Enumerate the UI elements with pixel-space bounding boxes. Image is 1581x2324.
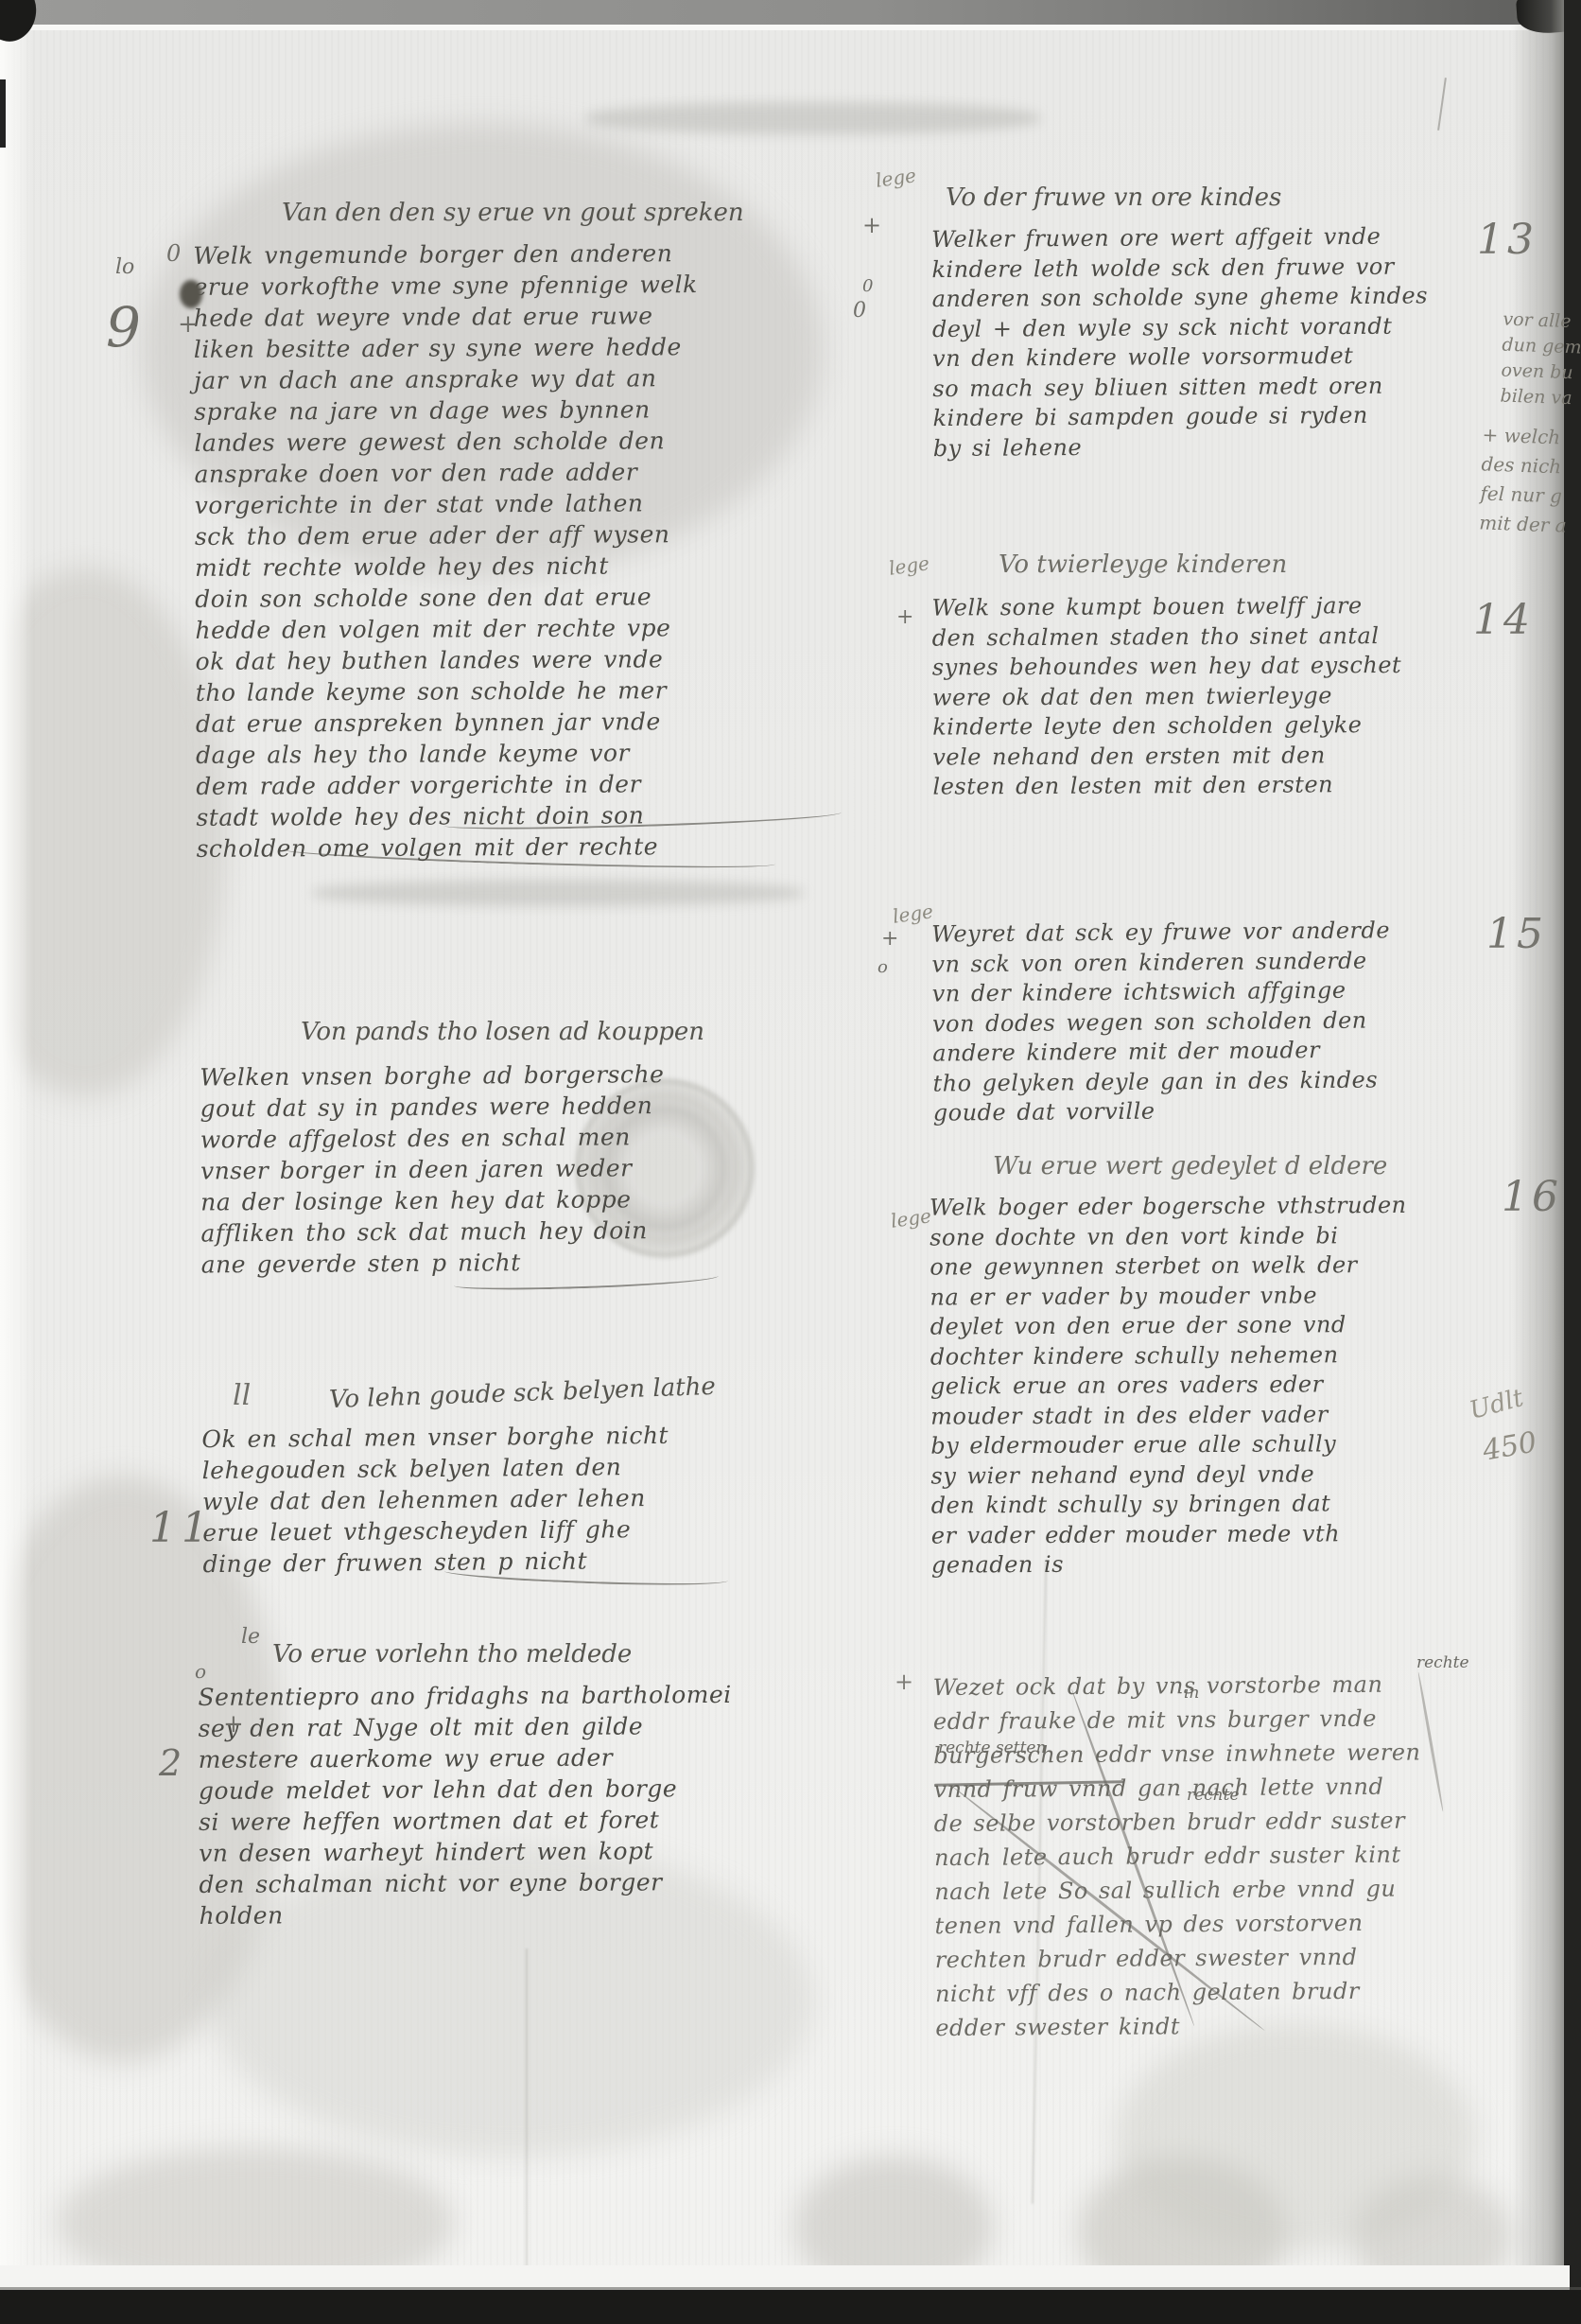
section-heading: Wu erue wert gedeylet d eldere [993,1152,1387,1180]
text-line: so mach sey bliuen sitten medt oren [932,370,1500,404]
margin-number: 15 [1486,910,1547,958]
text-line: mestere auerkome wy erue ader [199,1740,879,1775]
text-line: sprake na jare vn dage wes bynnen [194,393,875,428]
text-line: andere kindere mit der mouder [932,1034,1500,1069]
text-line: nach lete So sal sullich erbe vnnd gu [934,1871,1502,1909]
text-line: kinderte leyte den scholden gelyke [932,709,1500,743]
interlinear-insert: rechte [1187,1786,1240,1805]
text-line: dem rade adder vorgerichte in der [196,767,877,802]
margin-mark: o [195,1660,206,1683]
text-line: vn desen warheyt hindert wen kopt [199,1834,879,1869]
text-line: affliken tho sck dat much hey doin [200,1213,881,1249]
text-line: den schalmen staden tho sinet antal [932,620,1500,654]
margin-mark: 0 [166,240,181,267]
text-line: von dodes wegen son scholden den [932,1005,1500,1040]
margin-number: 14 [1473,596,1534,644]
text-line: tenen vnd fallen vp des vorstorven [934,1905,1502,1943]
margin-plus-mark: + [862,212,881,238]
paragraph: Welken vnsen borghe ad borgerschegout da… [200,1057,882,1280]
text-line: dochter kindere schully nehemen [930,1339,1498,1372]
text-line: anderen son scholde syne gheme kindes [932,281,1500,315]
text-line: deyl + den wyle sy sck nicht vorandt [932,310,1500,344]
text-line: gout dat sy in pandes were hedden [200,1088,880,1124]
margin-mark: ll [233,1379,251,1412]
paragraph: Ok en schal men vnser borghe nichtlehego… [201,1418,883,1580]
text-line: liken besitte ader sy syne were hedde [194,330,875,365]
section-heading: Vo twierleyge kinderen [999,550,1287,579]
paper-bottom-edge [0,2265,1570,2290]
text-line: lesten den lesten mit den ersten [932,769,1500,802]
text-line: fel nur g [1480,479,1568,511]
text-line: dun gem [1502,333,1581,361]
paper-left-edge [0,0,32,2324]
margin-plus-mark: + [896,605,913,629]
margin-mark: o [877,957,888,977]
text-line: sey den rat Nyge olt mit den gilde [198,1709,878,1744]
manuscript-page: Van den den sy erue vn gout spreken Welk… [0,0,1581,2324]
text-line: erue vorkofthe vme syne pfennige welk [193,268,874,303]
text-line: Wezet ock dat by vns vorstorbe man [933,1667,1501,1704]
text-line: Welken vnsen borghe ad borgersche [200,1057,880,1092]
text-line: + welch [1482,420,1570,452]
text-line: Welker fruwen ore wert affgeit vnde [931,221,1499,255]
lege-annotation: lege [875,164,918,192]
crease-vertical-2 [526,1948,528,2289]
text-line: na der losinge ken hey dat koppe [200,1181,881,1217]
text-line: ok dat hey buthen landes were vnde [196,642,877,677]
paragraph: Welker fruwen ore wert affgeit vndekinde… [931,221,1501,463]
margin-number: 16 [1502,1173,1562,1221]
text-line: rechten brudr edder swester vnnd [935,1939,1503,1977]
text-line: doin son scholde sone den dat erue [195,580,876,615]
margin-plus-mark: + [881,927,898,951]
text-line: nicht vff des o nach gelaten brudr [935,1973,1503,2011]
text-line: sy wier nehand eynd deyl vnde [930,1459,1498,1492]
text-line: na er er vader by mouder vnbe [929,1280,1497,1313]
text-line: tho lande keyme son scholde he mer [196,673,877,708]
lege-annotation: lege [890,1204,933,1232]
text-line: Weyret dat sck ey fruwe vor anderde [931,915,1499,950]
paragraph: Welk sone kumpt bouen twelff jareden sch… [931,590,1500,802]
text-line: tho gelyken deyle gan in des kindes [932,1064,1500,1099]
margin-mark: le [241,1625,260,1649]
section-heading: Vo der fruwe vn ore kindes [946,183,1281,212]
text-line: vn der kindere ichtswich affginge [932,974,1500,1009]
section-heading: Vo erue vorlehn tho meldede [272,1640,632,1669]
text-line: vn sck von oren kinderen sunderde [931,945,1499,980]
text-line: vorgerichte in der stat vnde lathen [195,486,876,521]
section-heading: Von pands tho losen ad kouppen [301,1018,704,1046]
margin-mark: 2 [159,1742,182,1784]
margin-number: 13 [1477,216,1538,264]
margin-mark: 0 [862,276,873,296]
text-line: vor alle [1503,307,1581,336]
text-line: si were heffen wortmen dat et foret [199,1803,879,1838]
text-line: midt rechte wolde hey des nicht [195,549,876,584]
text-line: deylet von den erue der sone vnd [930,1309,1498,1342]
section-heading: Vo lehn goude sck belyen lathe [329,1372,717,1414]
interlinear-insert: rechte [1416,1653,1469,1672]
scan-bottom-band [0,2290,1581,2324]
margin-mark: 11 [149,1504,214,1552]
text-line: den schalman nicht vor eyne borger [199,1865,879,1900]
scan-top-band [0,0,1581,25]
text-line: bilen va [1500,384,1580,412]
text-line: edder swester kindt [935,2007,1503,2045]
text-line: de selbe vorstorben brudr eddr suster [934,1803,1502,1841]
text-line: by si lehene [933,429,1501,463]
text-line: vnser borger in deen jaren weder [200,1150,881,1186]
text-line: were ok dat den men twierleyge [932,680,1500,713]
text-line: by eldermouder erue alle schully [930,1428,1498,1461]
interlinear-insert: in [1184,1684,1199,1703]
margin-mark: + [178,310,199,339]
fold-tick [1437,78,1447,131]
text-line: Welk boger eder bogersche vthstruden [929,1190,1497,1223]
text-line: mouder stadt in des elder vader [930,1399,1498,1432]
bleedthrough-smudge-mid [312,880,804,906]
margin-plus-mark: + [895,1669,913,1695]
paragraph: Sententiepro ano fridaghs na bartholomei… [198,1678,879,1931]
text-line: vn den kindere wolle vorsormudet [932,341,1500,375]
paragraph: Welk vngemunde borger den anderenerue vo… [193,236,877,865]
text-line: goude dat vorville [933,1093,1501,1128]
text-line: landes were gewest den scholde den [194,424,875,459]
text-line: ansprake doen vor den rade adder [194,455,875,490]
text-line: Welk vngemunde borger den anderen [193,236,874,271]
text-line: kindere bi sampden goude si ryden [932,400,1500,434]
text-line: sck tho dem erue ader der aff wysen [195,517,876,552]
text-line: kindere leth wolde sck den fruwe vor [931,251,1499,285]
margin-note: vor alledun gemoven bubilen va [1500,307,1581,412]
paper-top-highlight [0,25,1581,30]
margin-note: + welchdes nichfel nur gmit der a [1479,420,1571,540]
text-line: er vader edder mouder mede vth [931,1518,1499,1551]
lege-annotation: lege [888,551,931,580]
text-line: des nich [1481,449,1569,481]
margin-mark: 0 [853,299,866,323]
text-line: oven bu [1501,358,1581,387]
margin-mark: + [223,1710,244,1739]
text-line: hede dat weyre vnde dat erue ruwe [194,299,875,334]
stain-left-band [0,568,227,1097]
text-line: synes behoundes wen hey dat eyschet [932,650,1500,683]
text-line: jar vn dach ane ansprake wy dat an [194,361,875,396]
text-line: sone dochte vn den vort kinde bi [929,1220,1497,1253]
text-line: nach lete auch brudr eddr suster kint [934,1837,1502,1875]
text-line: dat erue anspreken bynnen jar vnde [196,705,877,740]
text-line: den kindt schully sy bringen dat [931,1488,1499,1521]
text-line: mit der a [1479,508,1567,540]
text-line: holden [200,1896,880,1931]
paragraph: Welk boger eder bogersche vthstrudensone… [929,1190,1499,1581]
paragraph: Weyret dat sck ey fruwe vor anderdevn sc… [931,915,1501,1128]
text-line: gelick erue an ores vaders eder [930,1369,1498,1402]
interlinear-insert: rechte setten [938,1739,1046,1757]
text-line: hedde den volgen mit der rechte vpe [195,611,876,646]
paragraph-later-hand: Wezet ock dat by vns vorstorbe maneddr f… [933,1667,1503,2045]
text-line: vele nehand den ersten mit den [932,740,1500,773]
ink-blot [180,280,202,308]
text-line: goude meldet vor lehn dat den borge [199,1772,879,1807]
margin-mark: lo [115,255,134,279]
section-heading: Van den den sy erue vn gout spreken [282,199,744,227]
text-line: eddr frauke de mit vns burger vnde [933,1701,1501,1739]
text-line: genaden is [931,1547,1499,1581]
scan-left-sliver [0,79,6,148]
text-line: Sententiepro ano fridaghs na bartholomei [198,1678,878,1713]
lege-annotation: lege [892,900,935,928]
stain-right-mid [1116,2024,1475,2251]
text-line: Welk sone kumpt bouen twelff jare [931,590,1499,623]
text-line: one gewynnen sterbet on welk der [929,1249,1497,1283]
text-line: worde affgelost des en schal men [200,1119,881,1155]
margin-mark: 9 [106,295,141,359]
text-line: dage als hey tho lande keyme vor [196,736,877,771]
bleedthrough-smudge-top [586,102,1040,134]
